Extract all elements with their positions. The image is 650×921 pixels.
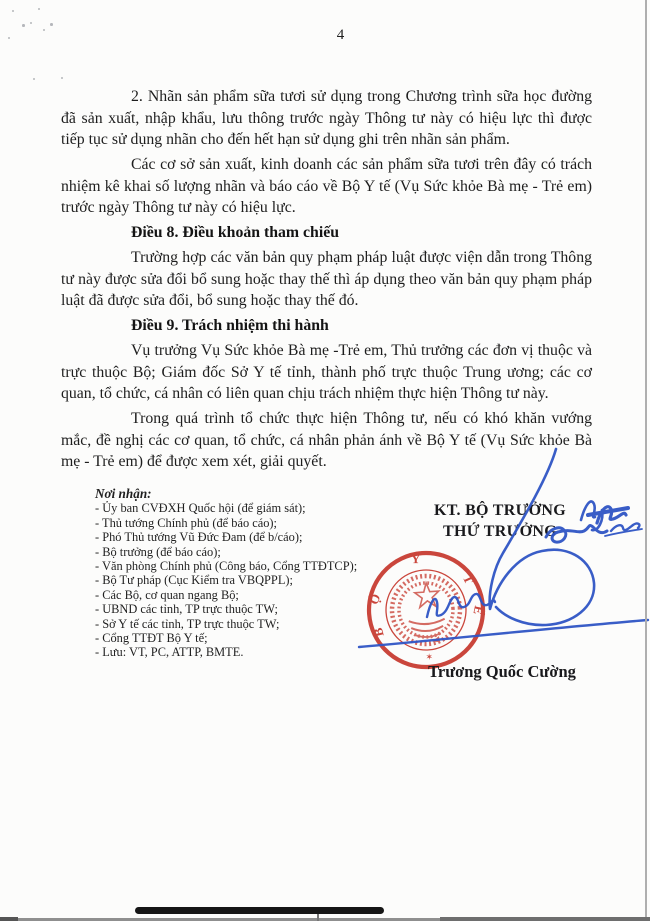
- scan-bottom-edge-corner: [0, 917, 18, 921]
- heading-article-9: Điều 9. Trách nhiệm thi hành: [61, 315, 592, 337]
- scan-speckle: [38, 8, 40, 10]
- page-number: 4: [0, 27, 650, 44]
- home-indicator-bar[interactable]: [135, 907, 384, 914]
- scan-bottom-edge-segment: [440, 917, 650, 921]
- signer-name: Trương Quốc Cường: [402, 662, 602, 682]
- paragraph-labels: 2. Nhãn sản phẩm sữa tươi sử dụng trong …: [61, 86, 592, 151]
- paragraph-reference: Trường hợp các văn bản quy phạm pháp luậ…: [61, 247, 592, 312]
- paragraph-producers: Các cơ sở sản xuất, kinh doanh các sản p…: [61, 154, 592, 219]
- scan-speckle: [30, 22, 32, 24]
- document-body: 2. Nhãn sản phẩm sữa tươi sử dụng trong …: [61, 86, 592, 476]
- paragraph-responsibility: Vụ trưởng Vụ Sức khỏe Bà mẹ -Trẻ em, Thủ…: [61, 340, 592, 405]
- scan-speckle: [12, 10, 14, 12]
- scan-speckle: [33, 78, 35, 80]
- scan-speckle: [61, 77, 63, 79]
- document-page: 4 2. Nhãn sản phẩm sữa tươi sử dụng tron…: [0, 0, 650, 921]
- scan-speckle: [50, 23, 53, 26]
- scan-page-edge: [645, 0, 647, 921]
- handwritten-signature: [350, 440, 650, 700]
- heading-article-8: Điều 8. Điều khoản tham chiếu: [61, 222, 592, 244]
